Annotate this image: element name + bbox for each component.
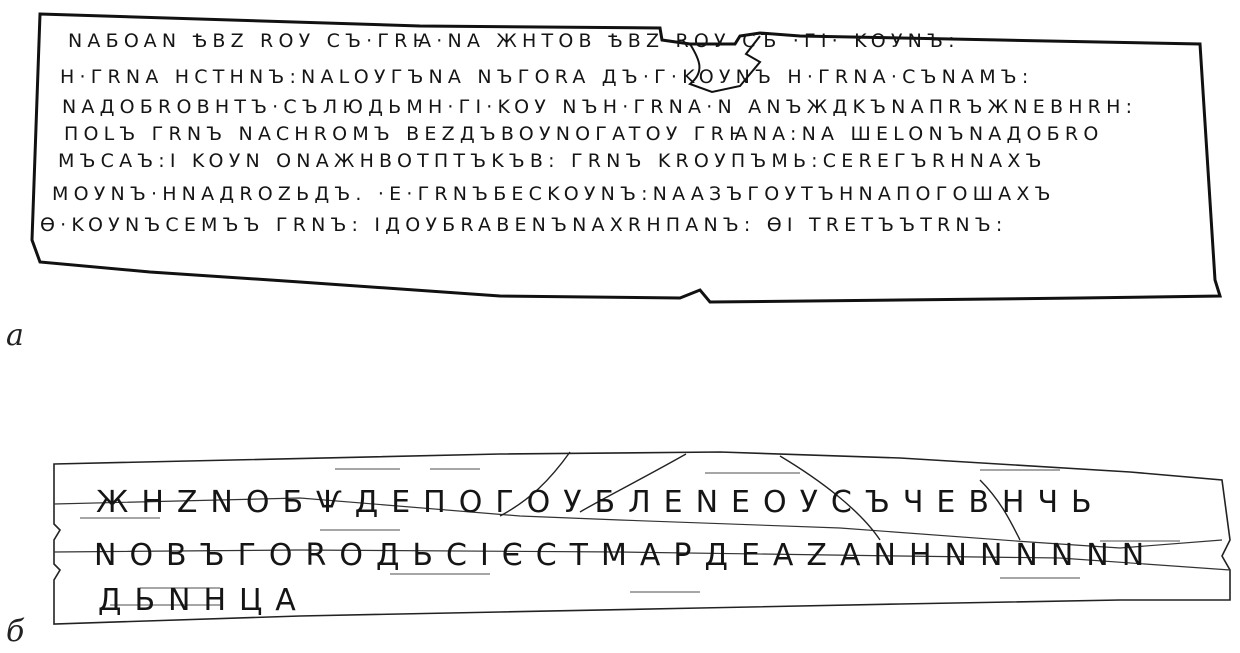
inscription-line: MЪCAЪ:I KOУN ONAЖHBOTПТЪKЪB: ГRNЪ KROУПЪ…	[58, 150, 1047, 172]
inscription-line: ДЬNHЦA	[98, 583, 309, 618]
inscription-line: MOУNЪ·HNAДROZЬДЪ. ·E·ГRNЪБECKOУNЪ:NAAЗЪГ…	[52, 183, 1056, 205]
fragment-a: NAБOAN ѢBZ ROУ CЪ·ГRꙖ·NA ЖHTOB ѢBZ ROУ C…	[0, 0, 1240, 330]
inscription-line: NOBЪГOROДЬCIЄCTMAPДEAZANHNNNNNN	[94, 538, 1157, 573]
inscription-line: H·ГRNA HCTHNЪ:NALOУГЪNA NЪГORA ДЪ·Г·KOУN…	[60, 66, 1033, 88]
inscription-line: NAДOБROBHTЪ·CЪЛЮДЬMH·ГI·KOУ NЪH·ГRNA·N A…	[62, 96, 1137, 118]
inscription-line: ЖHZNOБѰДEПOГOУБЛENEOУCЪЧEBHЧЬ	[96, 485, 1105, 520]
fragment-b: ЖHZNOБѰДEПOГOУБЛENEOУCЪЧEBHЧЬ NOBЪГOROДЬ…	[0, 440, 1240, 653]
inscription-line: ПOLЪ ГRNЪ NACHROMЪ BEZДЪBOУNOГATOУ ГRꙖNA…	[64, 123, 1103, 145]
figure-label-a: а	[6, 318, 24, 353]
inscription-line: NAБOAN ѢBZ ROУ CЪ·ГRꙖ·NA ЖHTOB ѢBZ ROУ C…	[68, 30, 960, 52]
inscription-line: Ѳ·KOУNЪCEMЪЪ ГRNЪ: IДOУБRABENЪNAXRHПANЪ:…	[40, 214, 1007, 236]
figure-label-b: б	[6, 614, 24, 649]
